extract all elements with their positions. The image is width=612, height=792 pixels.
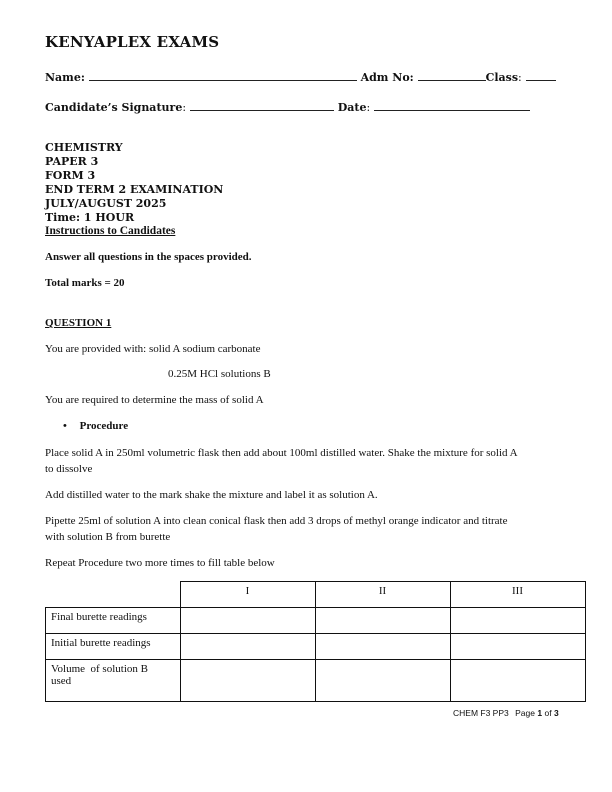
total-marks: Total marks = 20 xyxy=(45,277,125,289)
cell-final-iii[interactable] xyxy=(450,608,585,634)
column-header-i: I xyxy=(180,582,315,608)
name-row: Name: Adm No: Class: xyxy=(45,70,556,84)
question-title: QUESTION 1 xyxy=(45,317,111,329)
page-footer: CHEM F3 PP3 Page 1 of 3 xyxy=(453,708,559,718)
row-label-initial: Initial burette readings xyxy=(46,634,181,660)
signature-field[interactable] xyxy=(190,100,334,111)
table-row: Final burette readings xyxy=(46,608,586,634)
cell-initial-i[interactable] xyxy=(180,634,315,660)
table-row: Volume of solution B used xyxy=(46,660,586,702)
column-header-ii: II xyxy=(315,582,450,608)
cell-final-i[interactable] xyxy=(180,608,315,634)
table-row: Initial burette readings xyxy=(46,634,586,660)
cell-volume-i[interactable] xyxy=(180,660,315,702)
date-field[interactable] xyxy=(374,100,530,111)
step-1-line-2: to dissolve xyxy=(45,463,92,475)
footer-of-word: of xyxy=(544,708,551,718)
row-label-final: Final burette readings xyxy=(46,608,181,634)
class-label: Class xyxy=(486,71,518,84)
solution-b-text: 0.25M HCl solutions B xyxy=(168,368,271,380)
instructions-text: Answer all questions in the spaces provi… xyxy=(45,251,252,263)
school-title: KENYAPLEX EXAMS xyxy=(45,33,219,51)
table-header-row: I II III xyxy=(46,582,586,608)
row-label-volume-line-1: Volume of solution B xyxy=(51,663,175,675)
cell-initial-ii[interactable] xyxy=(315,634,450,660)
procedure-label: Procedure xyxy=(80,420,128,432)
exam-name: END TERM 2 EXAMINATION xyxy=(45,183,223,197)
signature-colon: : xyxy=(182,101,186,114)
date-colon: : xyxy=(366,101,370,114)
cell-initial-iii[interactable] xyxy=(450,634,585,660)
class-field[interactable] xyxy=(526,70,556,81)
footer-page-num: 1 xyxy=(537,708,542,718)
step-4: Repeat Procedure two more times to fill … xyxy=(45,557,275,569)
required-text: You are required to determine the mass o… xyxy=(45,394,264,406)
class-colon: : xyxy=(518,71,522,84)
row-label-volume: Volume of solution B used xyxy=(46,660,181,702)
cell-final-ii[interactable] xyxy=(315,608,450,634)
adm-field[interactable] xyxy=(418,70,486,81)
name-label: Name: xyxy=(45,71,85,84)
step-1-line-1: Place solid A in 250ml volumetric flask … xyxy=(45,447,518,459)
titration-table: I II III Final burette readings Initial … xyxy=(45,581,586,702)
signature-row: Candidate’s Signature: Date: xyxy=(45,100,530,114)
step-2: Add distilled water to the mark shake th… xyxy=(45,489,378,501)
bullet-icon: • xyxy=(63,420,67,432)
procedure-heading: • Procedure xyxy=(63,420,128,432)
subject: CHEMISTRY xyxy=(45,141,123,155)
provided-text: You are provided with: solid A sodium ca… xyxy=(45,343,261,355)
step-3-line-2: with solution B from burette xyxy=(45,531,170,543)
footer-page-word: Page xyxy=(515,708,535,718)
adm-label: Adm No: xyxy=(361,71,414,84)
paper: PAPER 3 xyxy=(45,155,98,169)
signature-label: Candidate’s Signature xyxy=(45,101,182,114)
row-label-volume-line-2: used xyxy=(51,675,175,687)
exam-time: Time: 1 HOUR xyxy=(45,211,134,225)
cell-volume-iii[interactable] xyxy=(450,660,585,702)
cell-volume-ii[interactable] xyxy=(315,660,450,702)
exam-period: JULY/AUGUST 2025 xyxy=(45,197,166,211)
table-corner-cell xyxy=(46,582,181,608)
date-label: Date xyxy=(338,101,367,114)
step-3-line-1: Pipette 25ml of solution A into clean co… xyxy=(45,515,508,527)
column-header-iii: III xyxy=(450,582,585,608)
footer-code: CHEM F3 PP3 xyxy=(453,708,509,718)
instructions-heading: Instructions to Candidates xyxy=(45,225,175,237)
form: FORM 3 xyxy=(45,169,95,183)
footer-page-total: 3 xyxy=(554,708,559,718)
name-field[interactable] xyxy=(89,70,357,81)
